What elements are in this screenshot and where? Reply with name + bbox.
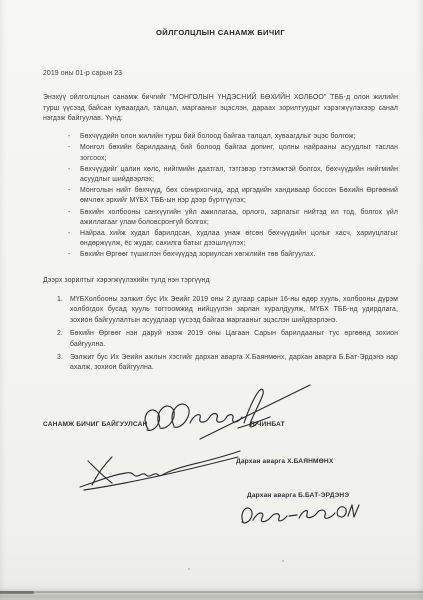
priority-statement: Дээрх зорилтыг хэрэгжүүлэхийн тулд нэн т… [43,276,398,286]
scanned-document-page: ОЙЛГОЛЦЛЫН САНАМЖ БИЧИГ 2019 оны 01-р са… [0,0,423,600]
bullet-text: Бөхийн холбооны санхүүгийн үйл ажиллагаа… [80,208,398,228]
bullet-text: Найраа хийж худал барилдсан, худлаа унаж… [80,229,398,249]
item-number: 3. [57,353,70,374]
list-item: 1. МҮБХолбооны ээлжит бус Их Эеийг 2019 … [57,295,398,326]
signature-bayanmunkh [78,441,248,491]
list-item: - Бөхчүүдийг цалин хөлс, нийгмийн даатга… [68,165,398,185]
document-date: 2019 оны 01-р сарын 23 [43,70,398,77]
scan-edge-line [0,591,423,593]
signature-baterdene [235,500,370,534]
signatory-name-bayanmunkh: Дархан аварга Х.БАЯНМӨНХ [236,458,333,465]
scan-speck [188,568,190,570]
bullet-text: Бөхчүүдийг цалин хөлс, нийгмийн даатгал,… [80,165,398,185]
item-text: МҮБХолбооны ээлжит бус Их Эеийг 2019 оны… [70,295,398,326]
bullet-dash: - [68,250,80,260]
bullet-text: Монголын нийт бөхчүүд, бөх сонирхогчид, … [80,186,398,206]
list-item: - Бөхийн холбооны санхүүгийн үйл ажиллаг… [68,208,398,228]
list-item: - Бөхчүүдийн олон жилийн турш бий болоод… [68,132,398,142]
bullet-dash: - [68,165,80,185]
intro-paragraph: Энэхүү ойлголцлын санамж бичгийг "МОНГОЛ… [43,93,398,125]
document-title: ОЙЛГОЛЦЛЫН САНАМЖ БИЧИГ [43,28,398,37]
item-number: 1. [57,295,70,326]
scan-corner-mark [0,591,34,594]
scan-speck [282,560,284,562]
priority-actions-list: 1. МҮБХолбооны ээлжит бус Их Эеийг 2019 … [57,295,398,374]
bullet-dash: - [68,186,80,206]
bullet-dash: - [68,229,80,249]
list-item: - Бөхийн Өргөөг түшиглэн бөхчүүдэд зориу… [68,250,398,260]
bullet-text: Бөхчүүдийн олон жилийн турш бий болоод б… [80,132,398,142]
signatory-name-baterdene: Дархан аварга Б.БАТ-ЭРДЭНЭ [247,492,349,499]
goals-bullet-list: - Бөхчүүдийн олон жилийн турш бий болоод… [68,132,398,260]
item-number: 2. [57,329,70,350]
list-item: 3. Ээлжит бус Их Эеийн ажлын хэсгийг дар… [57,353,398,374]
signature-chinbat [138,381,316,443]
bullet-dash: - [68,132,80,142]
scan-shadow-band [0,587,423,600]
item-text: Бөхийн Өргөөг нэн даруй нээж 2019 оны Ца… [70,329,398,350]
bullet-text: Бөхийн Өргөөг түшиглэн бөхчүүдэд зориулс… [80,250,398,260]
bullet-dash: - [68,208,80,228]
list-item: - Монголын нийт бөхчүүд, бөх сонирхогчид… [68,186,398,206]
signatory-name-chinbat: Л.ЧИНБАТ [250,421,285,428]
list-item: - Монгол бөхийн барилдаанд бий болоод ба… [68,143,398,163]
bullet-text: Монгол бөхийн барилдаанд бий болоод байг… [80,143,398,163]
document-content: ОЙЛГОЛЦЛЫН САНАМЖ БИЧИГ 2019 оны 01-р са… [0,28,423,374]
list-item: - Найраа хийж худал барилдсан, худлаа ун… [68,229,398,249]
bullet-dash: - [68,143,80,163]
signing-parties-label: САНАМЖ БИЧИГ БАЙГУУЛСАН [43,421,147,428]
item-text: Ээлжит бус Их Эеийн ажлын хэсгийг дархан… [70,353,398,374]
list-item: 2. Бөхийн Өргөөг нэн даруй нээж 2019 оны… [57,329,398,350]
